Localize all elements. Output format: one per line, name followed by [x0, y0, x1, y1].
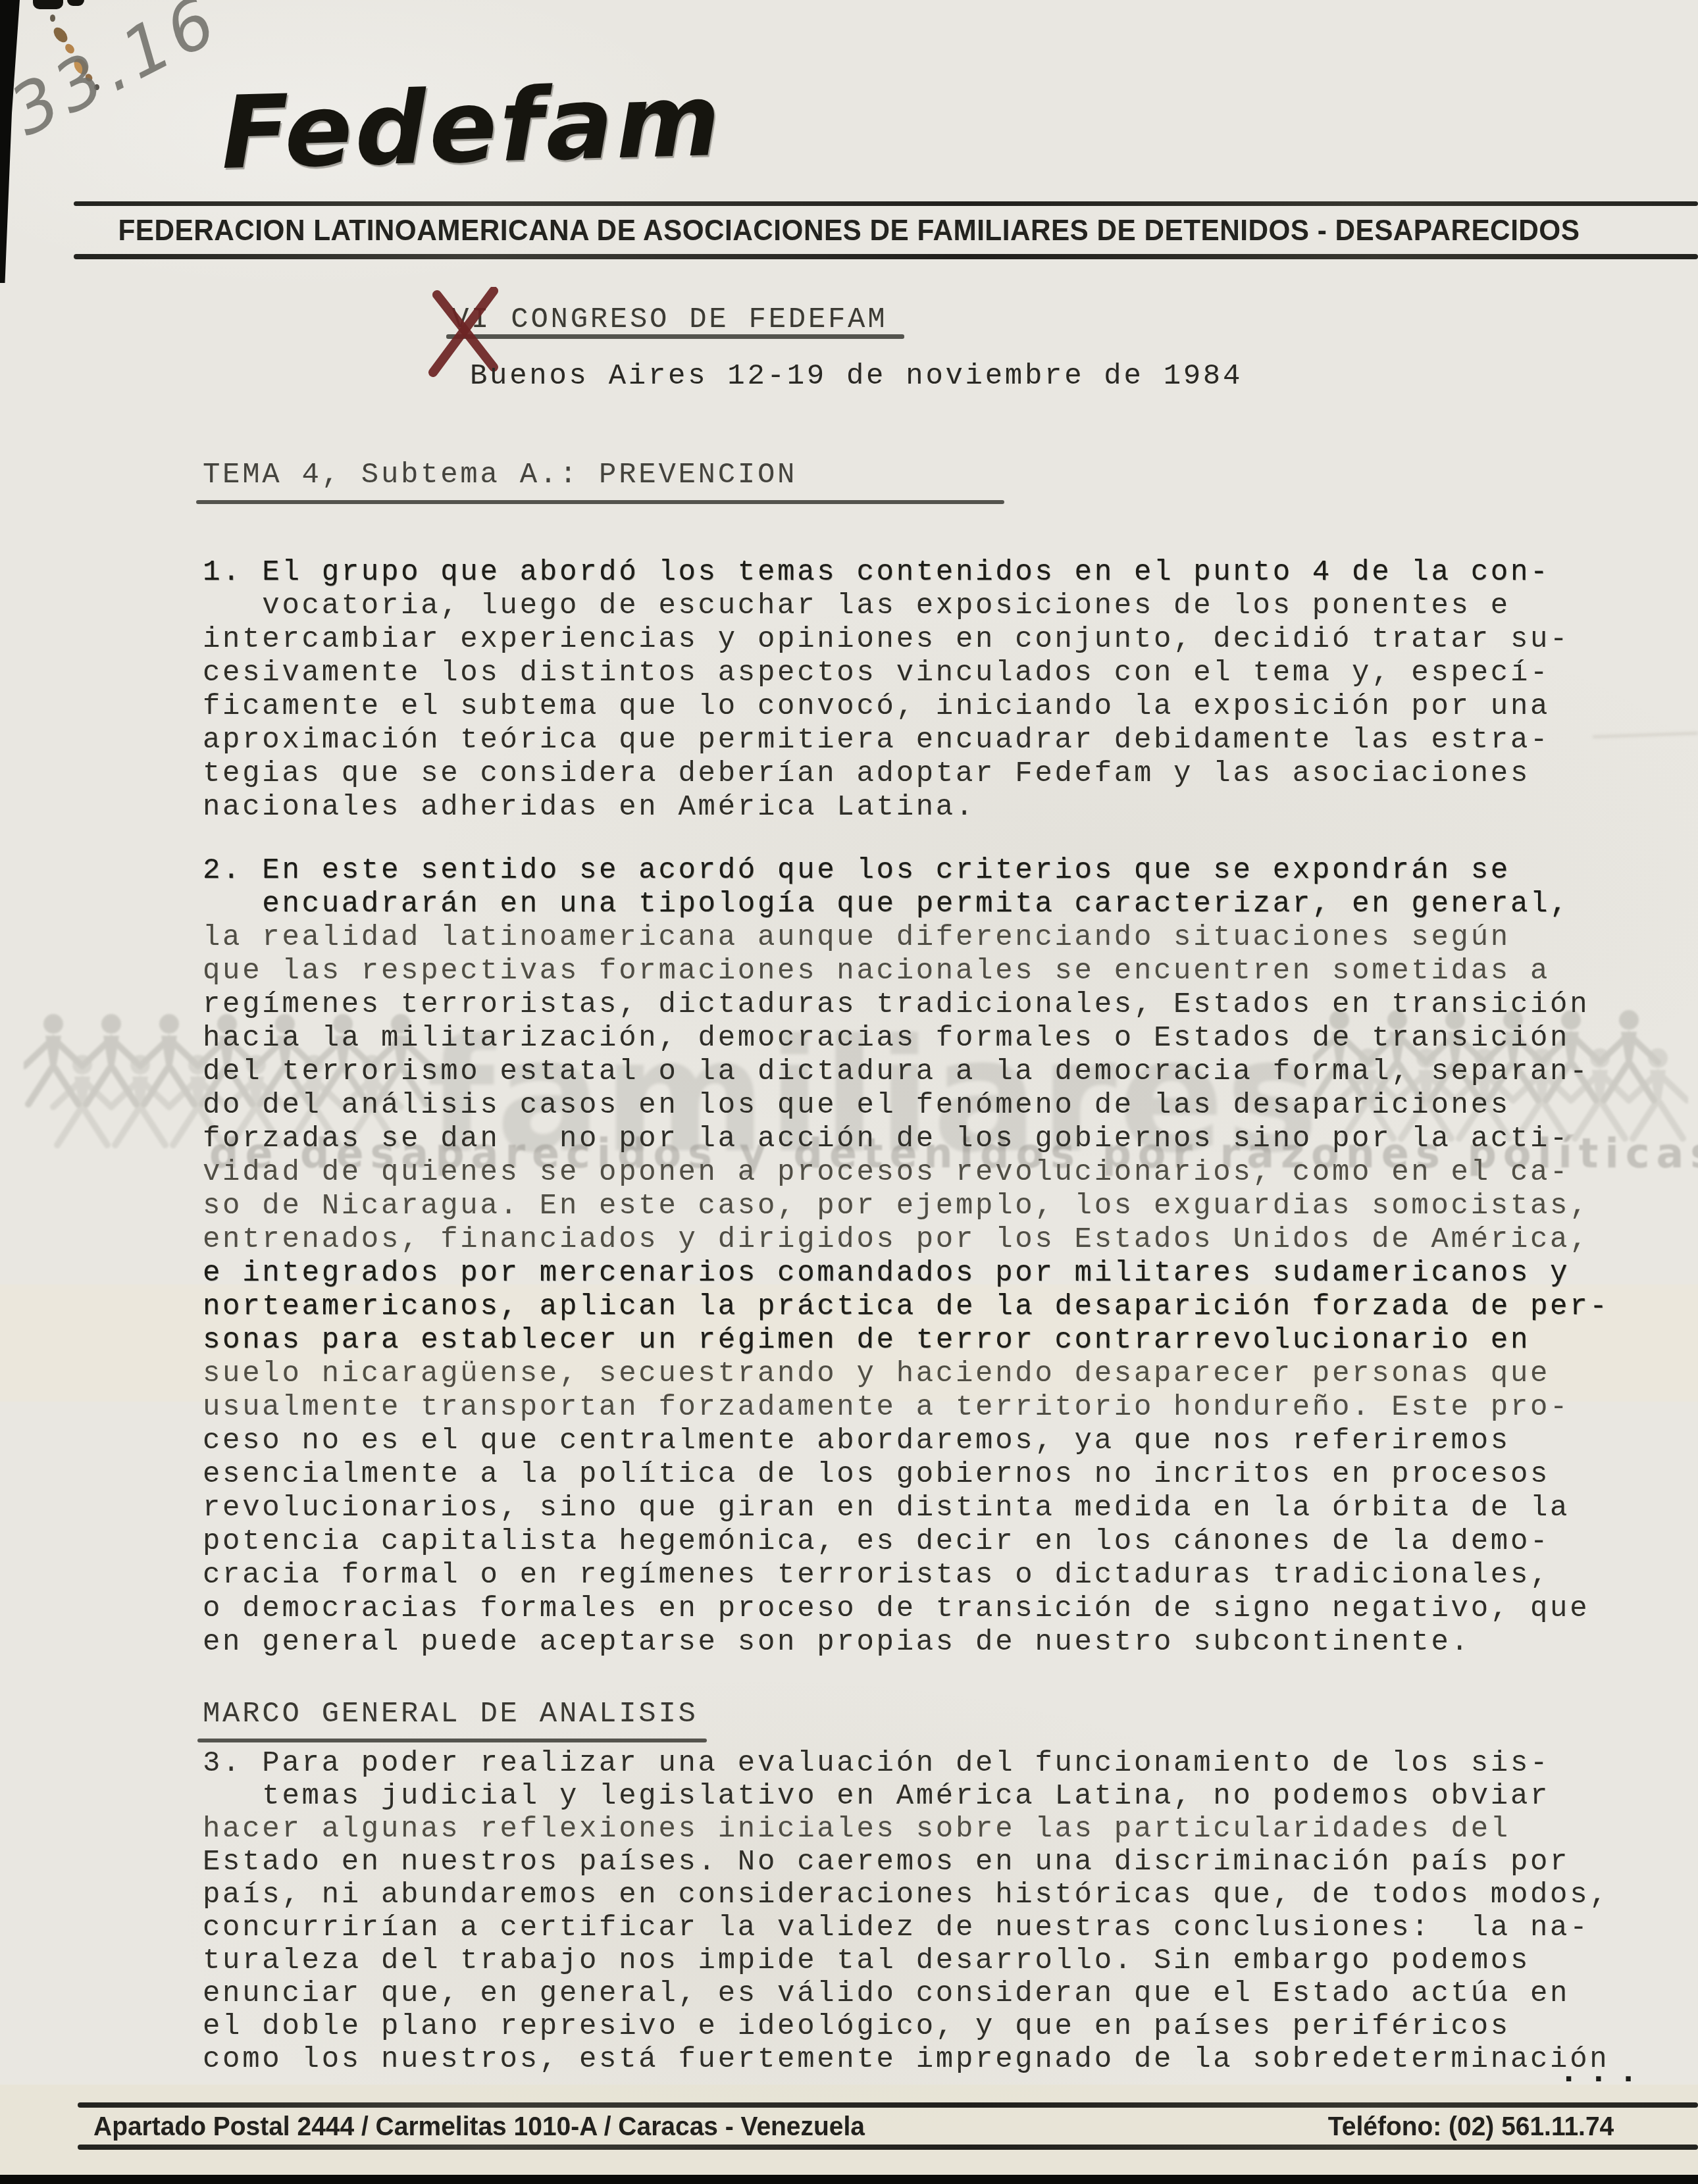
text-line: vidad de quienes se oponen a procesos re… — [203, 1156, 1609, 1190]
text-line: nacionales adheridas en América Latina. — [203, 791, 1570, 825]
text-line: o democracias formales en proceso de tra… — [203, 1592, 1609, 1626]
text-line: do del análisis casos en los que el fenó… — [203, 1089, 1609, 1123]
organization-name: FEDERACION LATINOAMERICANA DE ASOCIACION… — [51, 213, 1647, 247]
handwritten-archive-number: 33.16 — [0, 0, 232, 151]
section-underline — [197, 1739, 707, 1742]
text-line: norteamericanos, aplican la práctica de … — [203, 1290, 1609, 1324]
text-line: ficamente el subtema que lo convocó, ini… — [203, 690, 1570, 724]
paragraph-3: 3. Para poder realizar una evaluación de… — [203, 1747, 1609, 2076]
text-line: turaleza del trabajo nos impide tal desa… — [203, 1944, 1609, 1977]
fedefam-logo: Fedefam — [220, 62, 724, 191]
text-line: en general puede aceptarse son propias d… — [203, 1626, 1609, 1660]
paper-crease — [1593, 732, 1698, 738]
footer-phone: Teléfono: (02) 561.11.74 — [1328, 2111, 1614, 2142]
text-line: hacia la militarización, democracias for… — [203, 1022, 1609, 1055]
scan-edge-blob — [67, 0, 84, 6]
paper-stain — [51, 25, 70, 45]
text-line: so de Nicaragua. En este caso, por ejemp… — [203, 1190, 1609, 1223]
text-line: usualmente transportan forzadamente a te… — [203, 1391, 1609, 1425]
text-line: intercambiar experiencias y opiniones en… — [203, 623, 1570, 657]
text-line: entrenados, financiados y dirigidos por … — [203, 1223, 1609, 1257]
text-line: e integrados por mercenarios comandados … — [203, 1257, 1609, 1290]
text-line: sonas para establecer un régimen de terr… — [203, 1324, 1609, 1358]
text-line: aproximación teórica que permitiera encu… — [203, 724, 1570, 757]
header-rule — [74, 201, 1698, 206]
paragraph-1: 1. El grupo que abordó los temas conteni… — [203, 556, 1570, 825]
header-rule — [74, 254, 1698, 259]
scan-edge-artifact — [0, 2175, 1698, 2184]
scan-edge-artifact — [0, 0, 20, 283]
section-heading: MARCO GENERAL DE ANALISIS — [203, 1698, 698, 1731]
text-line: el doble plano represivo e ideológico, y… — [203, 2010, 1609, 2043]
text-line: encuadrarán en una tipología que permita… — [203, 888, 1609, 921]
text-line: concurrirían a certificar la validez de … — [203, 1912, 1609, 1944]
text-line: cesivamente los distintos aspectos vincu… — [203, 657, 1570, 690]
title-underline — [446, 334, 904, 339]
text-line: la realidad latinoamericana aunque difer… — [203, 921, 1609, 955]
text-line: forzadas se dan no por la acción de los … — [203, 1123, 1609, 1156]
text-line: del terrorismo estatal o la dictadura a … — [203, 1055, 1609, 1089]
congress-title: VI CONGRESO DE FEDEFAM — [451, 303, 887, 336]
text-line: país, ni abundaremos en consideraciones … — [203, 1879, 1609, 1912]
text-line: 2. En este sentido se acordó que los cri… — [203, 854, 1609, 888]
footer-rule — [78, 2102, 1698, 2108]
congress-date: Buenos Aires 12-19 de noviembre de 1984 — [470, 360, 1243, 393]
text-line: que las respectivas formaciones nacional… — [203, 955, 1609, 988]
scan-edge-blob — [33, 0, 63, 9]
scanned-document-page: familiares de desaparecidos y detenidos … — [0, 0, 1698, 2184]
text-line: 1. El grupo que abordó los temas conteni… — [203, 556, 1570, 590]
footer-rule — [78, 2145, 1698, 2150]
text-line: cracia formal o en regímenes terroristas… — [203, 1559, 1609, 1592]
continuation-dots: ... — [1558, 2053, 1648, 2092]
text-line: temas judicial y legislativo en América … — [203, 1780, 1609, 1813]
text-line: como los nuestros, está fuertemente impr… — [203, 2043, 1609, 2076]
tema-underline — [196, 500, 1004, 504]
text-line: tegias que se considera deberían adoptar… — [203, 757, 1570, 791]
text-line: suelo nicaragüense, secuestrando y hacie… — [203, 1358, 1609, 1391]
text-line: ceso no es el que centralmente abordarem… — [203, 1425, 1609, 1458]
tema-heading: TEMA 4, Subtema A.: PREVENCION — [203, 459, 797, 492]
paragraph-2: 2. En este sentido se acordó que los cri… — [203, 854, 1609, 1660]
text-line: vocatoria, luego de escuchar las exposic… — [203, 590, 1570, 623]
text-line: enunciar que, en general, es válido cons… — [203, 1977, 1609, 2010]
text-line: esencialmente a la política de los gobie… — [203, 1458, 1609, 1492]
text-line: regímenes terroristas, dictaduras tradic… — [203, 988, 1609, 1022]
paper-stain — [50, 14, 55, 22]
text-line: 3. Para poder realizar una evaluación de… — [203, 1747, 1609, 1780]
text-line: revolucionarios, sino que giran en disti… — [203, 1492, 1609, 1525]
text-line: Estado en nuestros países. No caeremos e… — [203, 1846, 1609, 1879]
text-line: hacer algunas reflexiones iniciales sobr… — [203, 1813, 1609, 1846]
text-line: potencia capitalista hegemónica, es deci… — [203, 1525, 1609, 1559]
footer-address: Apartado Postal 2444 / Carmelitas 1010-A… — [93, 2111, 865, 2142]
